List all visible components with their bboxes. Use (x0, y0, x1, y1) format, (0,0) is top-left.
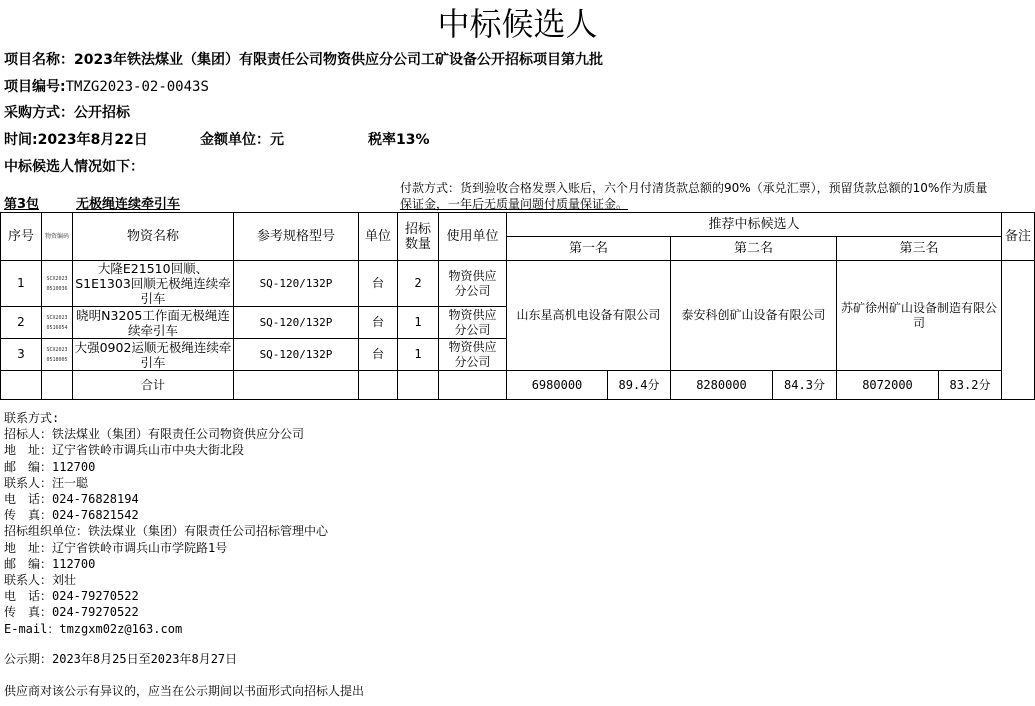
first-candidate-score: 89.4分 (608, 371, 671, 400)
amount-unit: 元 (270, 132, 284, 148)
contact-agency-person: 联系人：刘壮 (4, 572, 328, 588)
header-spec: 参考规格型号 (234, 213, 359, 261)
row-spec: SQ-120/132P (234, 339, 359, 371)
contact-section: 联系方式: 招标人：铁法煤业（集团）有限责任公司物资供应分公司 地 址：辽宁省铁… (4, 410, 328, 637)
table-row: 1 SCX2023 0510036 大隆E21510回顺、S1E1303回顺无极… (1, 261, 1035, 307)
row-spec: SQ-120/132P (234, 261, 359, 307)
candidates-heading: 中标候选人情况如下： (4, 157, 144, 177)
total-user (439, 371, 507, 400)
contact-tenderer-person: 联系人：汪一聪 (4, 475, 328, 491)
header-unit: 单位 (359, 213, 398, 261)
procurement-line: 采购方式：公开招标 (4, 103, 130, 123)
header-second: 第二名 (671, 237, 837, 261)
total-row: 合计 6980000 89.4分 8280000 84.3分 8072000 8… (1, 371, 1035, 400)
header-recommended: 推荐中标候选人 (507, 213, 1002, 237)
row-unit: 台 (359, 307, 398, 339)
header-code: 物资编码 (42, 213, 73, 261)
contact-agency-phone: 电 话：024-79270522 (4, 588, 328, 604)
third-candidate-company: 苏矿徐州矿山设备制造有限公司 (837, 261, 1002, 371)
second-candidate-company: 泰安科创矿山设备有限公司 (671, 261, 837, 371)
total-unit (359, 371, 398, 400)
remark-cell (1002, 261, 1035, 400)
row-user: 物资供应分公司 (439, 339, 507, 371)
first-candidate-company: 山东星高机电设备有限公司 (507, 261, 671, 371)
contact-tenderer-postcode: 邮 编：112700 (4, 459, 328, 475)
row-name: 大隆E21510回顺、S1E1303回顺无极绳连续牵引车 (73, 261, 234, 307)
header-user: 使用单位 (439, 213, 507, 261)
total-qty (398, 371, 439, 400)
total-spec (234, 371, 359, 400)
contact-tenderer-phone: 电 话：024-76828194 (4, 491, 328, 507)
project-no: TMZG2023-02-0043S (66, 79, 209, 95)
header-third: 第三名 (837, 237, 1002, 261)
contact-email: E-mail：tmzgxm02z@163.com (4, 621, 328, 637)
tax-line: 税率13% (368, 130, 430, 150)
contact-heading: 联系方式: (4, 410, 328, 426)
tax-rate: 13% (396, 132, 430, 148)
objection-notice: 供应商对该公示有异议的，应当在公示期间以书面形式向招标人提出 (4, 683, 364, 699)
row-name: 晓明N3205工作面无极绳连续牵引车 (73, 307, 234, 339)
row-unit: 台 (359, 339, 398, 371)
project-name: 2023年铁法煤业（集团）有限责任公司物资供应分公司工矿设备公开招标项目第九批 (74, 52, 603, 68)
package-no: 第3包 (4, 197, 39, 213)
procurement-method: 公开招标 (74, 105, 130, 121)
publicity-period: 公示期：2023年8月25日至2023年8月27日 (4, 651, 237, 667)
time-line: 时间:2023年8月22日 (4, 130, 148, 150)
row-code: SCX2023 0518005 (42, 339, 73, 371)
time-value: 2023年8月22日 (38, 132, 148, 148)
amount-unit-line: 金额单位：元 (200, 130, 284, 150)
procurement-label: 采购方式： (4, 105, 74, 121)
header-name: 物资名称 (73, 213, 234, 261)
row-unit: 台 (359, 261, 398, 307)
tax-label: 税率 (368, 132, 396, 148)
time-label: 时间: (4, 132, 38, 148)
row-qty: 1 (398, 339, 439, 371)
header-seq: 序号 (1, 213, 42, 261)
project-no-label: 项目编号: (4, 79, 66, 95)
header-first: 第一名 (507, 237, 671, 261)
project-name-line: 项目名称：2023年铁法煤业（集团）有限责任公司物资供应分公司工矿设备公开招标项… (4, 50, 603, 70)
contact-agency-address: 地 址：辽宁省铁岭市调兵山市学院路1号 (4, 540, 328, 556)
row-code: SCX2023 0516054 (42, 307, 73, 339)
amount-unit-label: 金额单位： (200, 132, 270, 148)
contact-agency-fax: 传 真：024-79270522 (4, 604, 328, 620)
row-spec: SQ-120/132P (234, 307, 359, 339)
row-seq: 2 (1, 307, 42, 339)
row-name: 大强0902运顺无极绳连续牵引车 (73, 339, 234, 371)
contact-tenderer-address: 地 址：辽宁省铁岭市调兵山市中央大街北段 (4, 442, 328, 458)
row-user: 物资供应分公司 (439, 307, 507, 339)
row-qty: 1 (398, 307, 439, 339)
row-seq: 3 (1, 339, 42, 371)
total-label: 合计 (73, 371, 234, 400)
total-code (42, 371, 73, 400)
contact-agency: 招标组织单位：铁法煤业（集团）有限责任公司招标管理中心 (4, 523, 328, 539)
third-candidate-score: 83.2分 (939, 371, 1002, 400)
project-name-label: 项目名称： (4, 52, 74, 68)
third-candidate-amount: 8072000 (837, 371, 939, 400)
second-candidate-score: 84.3分 (773, 371, 837, 400)
contact-tenderer: 招标人：铁法煤业（集团）有限责任公司物资供应分公司 (4, 426, 328, 442)
candidates-table: 序号 物资编码 物资名称 参考规格型号 单位 招标数量 使用单位 推荐中标候选人… (0, 212, 1035, 400)
second-candidate-amount: 8280000 (671, 371, 773, 400)
first-candidate-amount: 6980000 (507, 371, 608, 400)
header-qty: 招标数量 (398, 213, 439, 261)
header-remark: 备注 (1002, 213, 1035, 261)
project-no-line: 项目编号:TMZG2023-02-0043S (4, 77, 209, 97)
page-title: 中标候选人 (0, 2, 1035, 46)
payment-terms-line2: 保证金，一年后无质量问题付质量保证金。 (400, 196, 628, 212)
total-seq (1, 371, 42, 400)
row-seq: 1 (1, 261, 42, 307)
contact-tenderer-fax: 传 真：024-76821542 (4, 507, 328, 523)
payment-terms-line1: 付款方式：货到验收合格发票入账后，六个月付清货款总额的90%（承兑汇票），预留货… (400, 180, 1032, 196)
package-name: 无极绳连续牵引车 (76, 197, 180, 213)
row-qty: 2 (398, 261, 439, 307)
row-code: SCX2023 0510036 (42, 261, 73, 307)
contact-agency-postcode: 邮 编：112700 (4, 556, 328, 572)
payment-terms: 付款方式：货到验收合格发票入账后，六个月付清货款总额的90%（承兑汇票），预留货… (400, 180, 1032, 212)
row-user: 物资供应分公司 (439, 261, 507, 307)
